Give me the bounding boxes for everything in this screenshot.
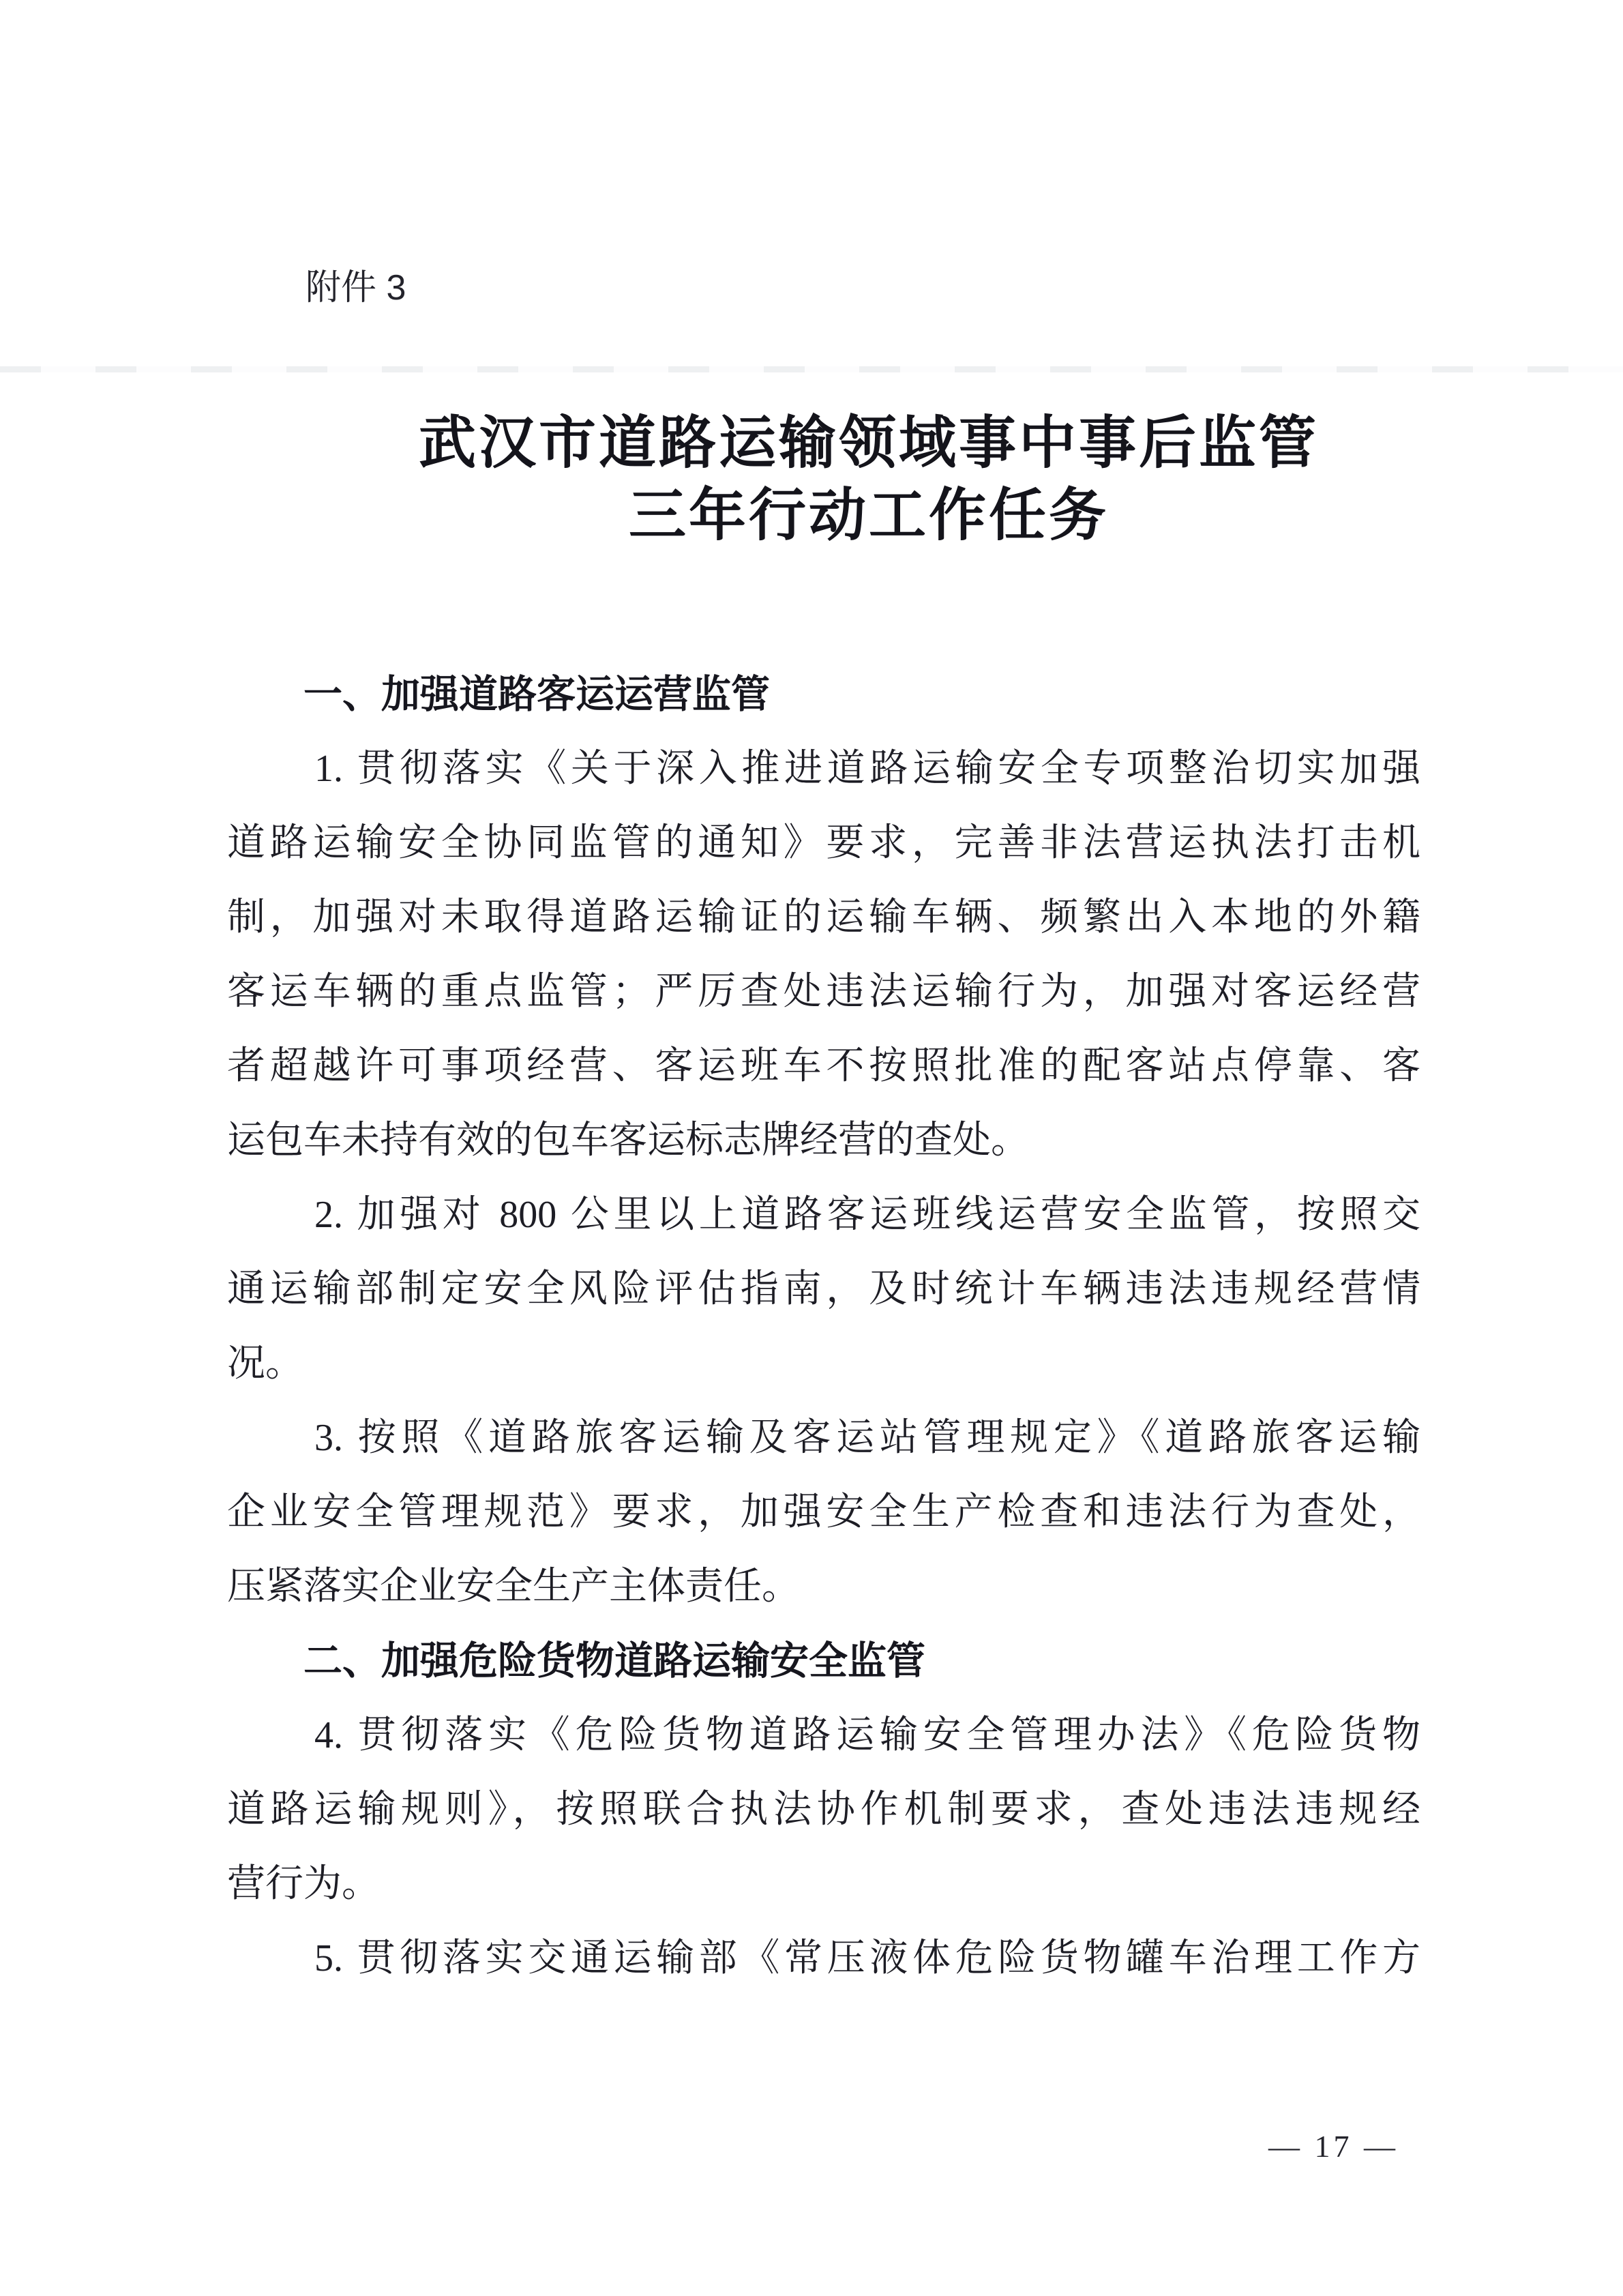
paragraph-line: 道路运输规则》，按照联合执法协作机制要求，查处违法违规经 bbox=[227, 1773, 1420, 1847]
document-title: 武汉市道路运输领域事中事后监管 三年行动工作任务 bbox=[0, 408, 1623, 553]
paragraph-line: 客运车辆的重点监管；严厉查处违法运输行为，加强对客运经营 bbox=[227, 955, 1420, 1029]
paragraph-line: 压紧落实企业安全生产主体责任。 bbox=[227, 1550, 1420, 1624]
paragraph-line: 3. 按照《道路旅客运输及客运站管理规定》《道路旅客运输 bbox=[227, 1401, 1420, 1475]
paragraph-line: 制，加强对未取得道路运输证的运输车辆、频繁出入本地的外籍 bbox=[227, 881, 1420, 955]
attachment-label: 附件 3 bbox=[306, 267, 406, 308]
paragraph-line: 道路运输安全协同监管的通知》要求，完善非法营运执法打击机 bbox=[227, 806, 1420, 881]
paragraph-line: 4. 贯彻落实《危险货物道路运输安全管理办法》《危险货物 bbox=[227, 1698, 1420, 1773]
section-heading-2: 二、加强危险货物道路运输安全监管 bbox=[227, 1624, 1420, 1698]
document-title-line-1: 武汉市道路运输领域事中事后监管 bbox=[115, 408, 1623, 480]
paragraph-line: 2. 加强对 800 公里以上道路客运班线运营安全监管，按照交 bbox=[227, 1178, 1420, 1252]
section-heading-1: 一、加强道路客运运营监管 bbox=[227, 658, 1420, 732]
scan-artifact-band bbox=[0, 366, 1623, 372]
paragraph-line: 况。 bbox=[227, 1327, 1420, 1401]
page-number: — 17 — bbox=[1268, 2128, 1399, 2165]
paragraph-line: 5. 贯彻落实交通运输部《常压液体危险货物罐车治理工作方 bbox=[227, 1922, 1420, 1996]
paragraph-line: 运包车未持有效的包车客运标志牌经营的查处。 bbox=[227, 1104, 1420, 1178]
document-body: 一、加强道路客运运营监管 1. 贯彻落实《关于深入推进道路运输安全专项整治切实加… bbox=[227, 658, 1420, 1996]
document-page: 附件 3 武汉市道路运输领域事中事后监管 三年行动工作任务 一、加强道路客运运营… bbox=[0, 0, 1623, 2296]
paragraph-line: 营行为。 bbox=[227, 1847, 1420, 1922]
paragraph-line: 企业安全管理规范》要求，加强安全生产检查和违法行为查处， bbox=[227, 1475, 1420, 1550]
paragraph-line: 通运输部制定安全风险评估指南，及时统计车辆违法违规经营情 bbox=[227, 1252, 1420, 1327]
paragraph-line: 者超越许可事项经营、客运班车不按照批准的配客站点停靠、客 bbox=[227, 1029, 1420, 1104]
document-title-line-2: 三年行动工作任务 bbox=[115, 480, 1623, 553]
paragraph-line: 1. 贯彻落实《关于深入推进道路运输安全专项整治切实加强 bbox=[227, 732, 1420, 806]
